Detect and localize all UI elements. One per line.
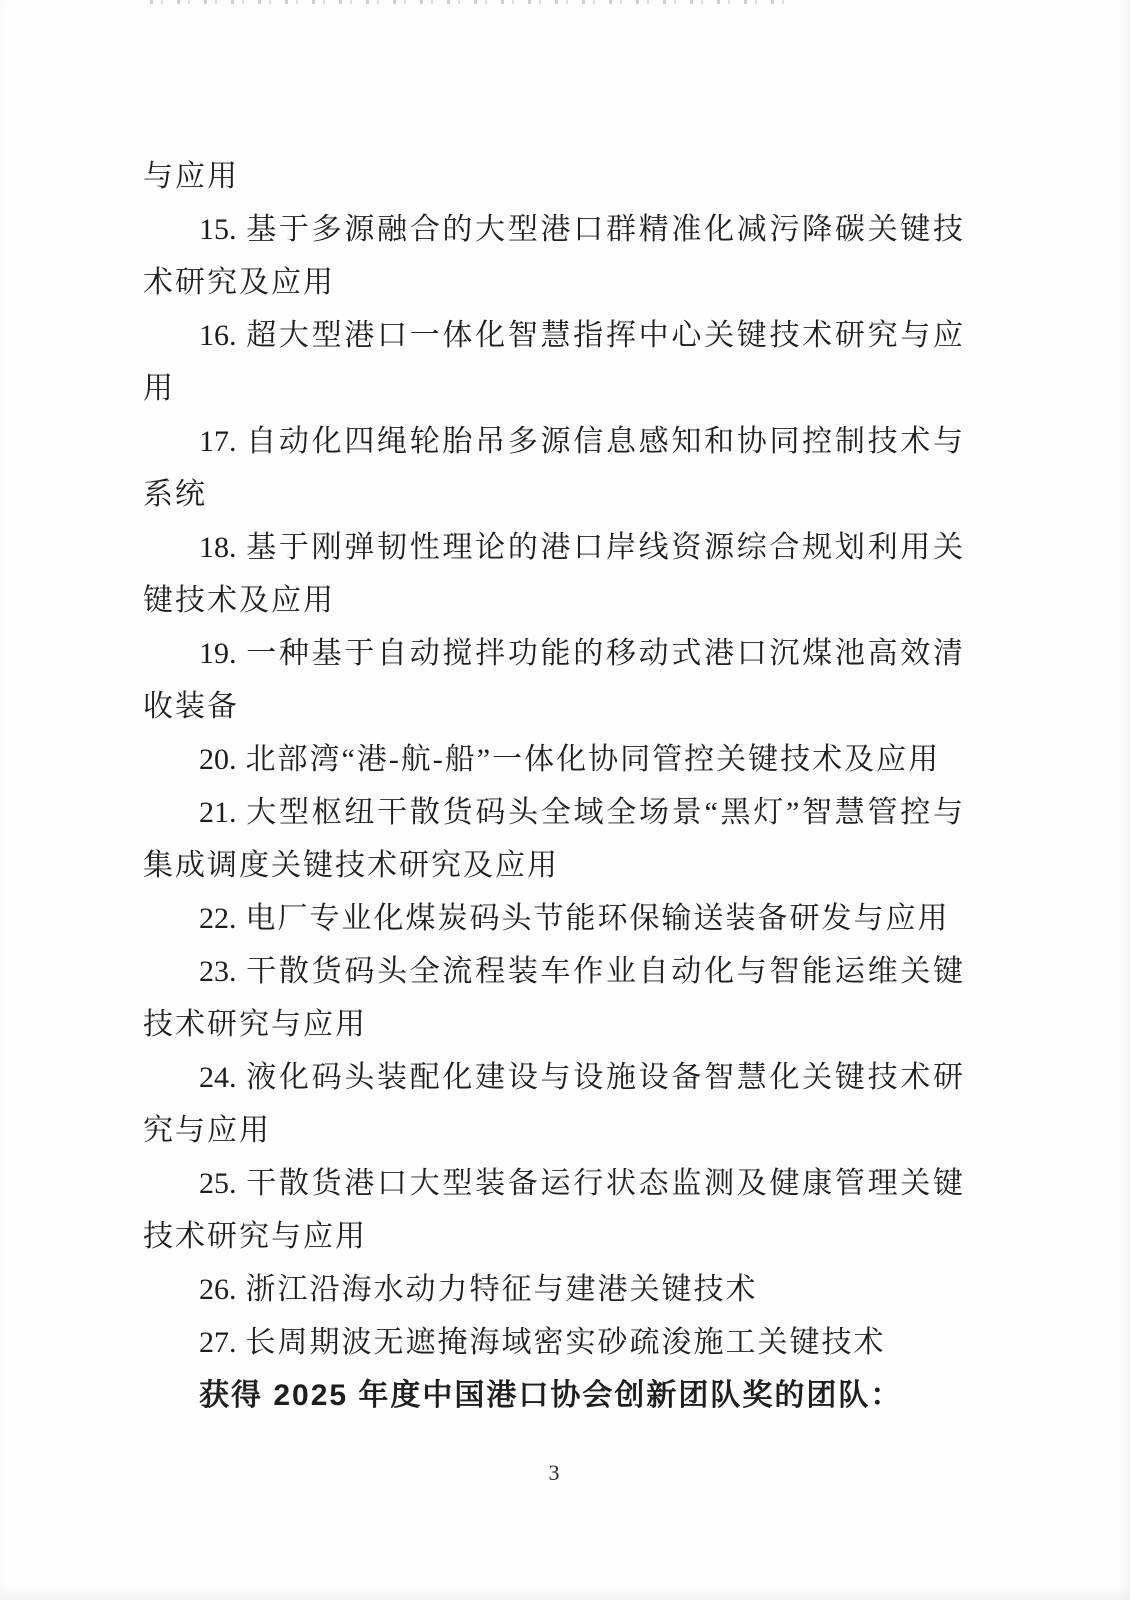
item-number: 23.: [199, 955, 237, 988]
paragraph-continuation: 与应用: [143, 150, 965, 203]
item-number: 24.: [199, 1061, 237, 1094]
item-title: 超大型港口一体化智慧指挥中心关键技术研究与应用: [143, 319, 965, 405]
item-title: 干散货港口大型装备运行状态监测及健康管理关键技术研究与应用: [143, 1167, 965, 1253]
item-number: 22.: [199, 902, 237, 935]
item-title: 浙江沿海水动力特征与建港关键技术: [246, 1273, 758, 1306]
item-title: 一种基于自动搅拌功能的移动式港口沉煤池高效清收装备: [143, 637, 965, 723]
item-number: 25.: [199, 1167, 237, 1200]
item-title: 北部湾“港-航-船”一体化协同管控关键技术及应用: [246, 743, 941, 776]
item-number: 19.: [199, 637, 237, 670]
item-title: 长周期波无遮掩海域密实砂疏浚施工关键技术: [246, 1326, 886, 1359]
item-number: 27.: [199, 1326, 237, 1359]
list-item-24: 24.液化码头装配化建设与设施设备智慧化关键技术研究与应用: [143, 1051, 965, 1157]
item-title: 液化码头装配化建设与设施设备智慧化关键技术研究与应用: [143, 1061, 965, 1147]
item-title: 大型枢纽干散货码头全域全场景“黑灯”智慧管控与集成调度关键技术研究及应用: [143, 796, 965, 882]
item-number: 15.: [199, 213, 237, 246]
list-item-23: 23.干散货码头全流程装车作业自动化与智能运维关键技术研究与应用: [143, 945, 965, 1051]
item-title: 电厂专业化煤炭码头节能环保输送装备研发与应用: [246, 902, 950, 935]
item-title: 干散货码头全流程装车作业自动化与智能运维关键技术研究与应用: [143, 955, 965, 1041]
item-number: 26.: [199, 1273, 237, 1306]
item-number: 16.: [199, 319, 237, 352]
list-item-25: 25.干散货港口大型装备运行状态监测及健康管理关键技术研究与应用: [143, 1157, 965, 1263]
list-item-18: 18.基于刚弹韧性理论的港口岸线资源综合规划利用关键技术及应用: [143, 521, 965, 627]
item-number: 18.: [199, 531, 237, 564]
scan-artifact-top: [150, 0, 790, 4]
list-item-26: 26.浙江沿海水动力特征与建港关键技术: [143, 1263, 965, 1316]
item-number: 20.: [199, 743, 237, 776]
list-item-20: 20.北部湾“港-航-船”一体化协同管控关键技术及应用: [143, 733, 965, 786]
list-item-27: 27.长周期波无遮掩海域密实砂疏浚施工关键技术: [143, 1316, 965, 1369]
item-title: 基于多源融合的大型港口群精准化减污降碳关键技术研究及应用: [143, 213, 965, 299]
document-page: 与应用 15.基于多源融合的大型港口群精准化减污降碳关键技术研究及应用 16.超…: [0, 0, 1130, 1600]
item-number: 21.: [199, 796, 237, 829]
item-title: 基于刚弹韧性理论的港口岸线资源综合规划利用关键技术及应用: [143, 531, 965, 617]
list-item-16: 16.超大型港口一体化智慧指挥中心关键技术研究与应用: [143, 309, 965, 415]
list-item-22: 22.电厂专业化煤炭码头节能环保输送装备研发与应用: [143, 892, 965, 945]
item-title: 自动化四绳轮胎吊多源信息感知和协同控制技术与系统: [143, 425, 965, 511]
list-item-21: 21.大型枢纽干散货码头全域全场景“黑灯”智慧管控与集成调度关键技术研究及应用: [143, 786, 965, 892]
item-number: 17.: [199, 425, 237, 458]
list-item-19: 19.一种基于自动搅拌功能的移动式港口沉煤池高效清收装备: [143, 627, 965, 733]
list-item-15: 15.基于多源融合的大型港口群精准化减污降碳关键技术研究及应用: [143, 203, 965, 309]
list-item-17: 17.自动化四绳轮胎吊多源信息感知和协同控制技术与系统: [143, 415, 965, 521]
section-heading-innovation-team-award: 获得 2025 年度中国港口协会创新团队奖的团队：: [143, 1369, 965, 1422]
page-number: 3: [143, 1460, 965, 1486]
document-body: 与应用 15.基于多源融合的大型港口群精准化减污降碳关键技术研究及应用 16.超…: [143, 150, 965, 1422]
